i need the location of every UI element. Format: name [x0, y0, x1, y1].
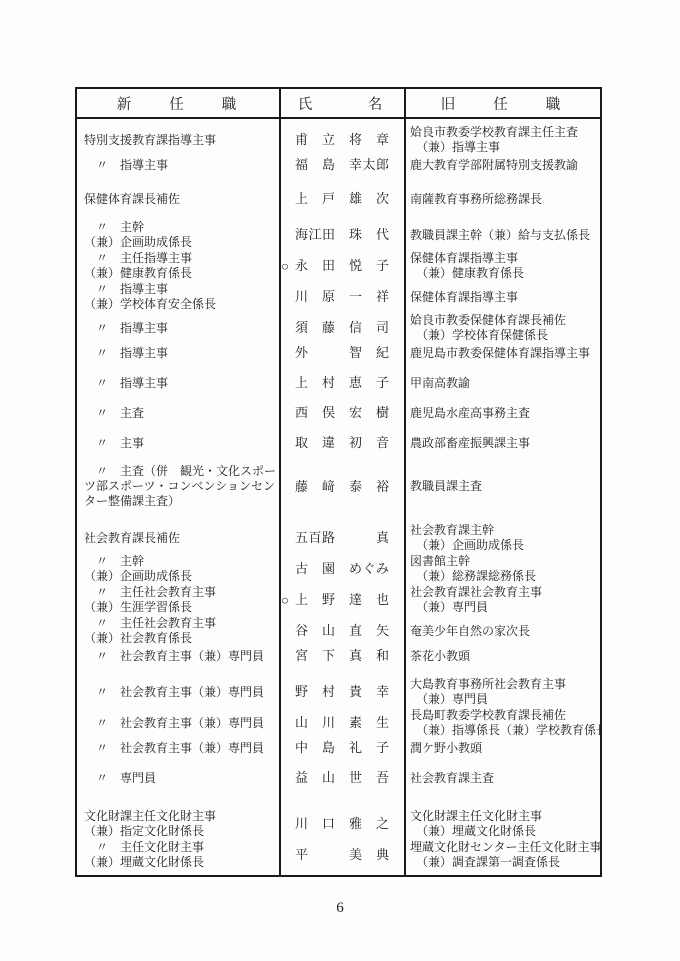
table-row: 〃 社会教育主事（兼）専門員中 島 礼 子潤ケ野小教頭 — [77, 739, 600, 757]
name-cell: 山 川 素 生 — [279, 714, 404, 732]
name-cell: 取 違 初 音 — [279, 434, 404, 452]
name-cell: 須 藤 信 司 — [279, 319, 404, 337]
table-row: 特別支援教育課指導主事甫 立 将 章姶良市教委学校教育課主任主査 （兼）指導主事 — [77, 125, 600, 155]
table-row: 〃 専門員益 山 世 吾社会教育課主査 — [77, 769, 600, 787]
name-cell: ○永 田 悦 子 — [279, 257, 404, 275]
table-row: 〃 社会教育主事（兼）専門員山 川 素 生長島町教委学校教育課長補佐 （兼）指導… — [77, 708, 600, 738]
old-position-text: 保健体育課指導主事 — [410, 251, 600, 266]
person-name: 上 野 達 也 — [295, 592, 390, 607]
old-position-text: 鹿大教育学部附属特別支援教諭 — [410, 158, 600, 173]
new-position-text: （兼）健康教育係長 — [84, 266, 277, 281]
new-position-cell: 〃 指導主事 — [77, 321, 279, 336]
old-position-text: （兼）専門員 — [410, 600, 600, 615]
old-position-cell: 教職員課主幹（兼）給与支払係長 — [404, 228, 600, 243]
new-position-text: 〃 指導主事 — [84, 376, 277, 391]
table-row: 〃 主幹（兼）企画助成係長古 園 めぐみ図書館主幹 （兼）総務課総務係長 — [77, 554, 600, 584]
new-position-text: 〃 社会教育主事（兼）専門員 — [84, 716, 277, 731]
circle-marker: ○ — [281, 594, 289, 607]
table-header-row: 新 任 職 氏 名 旧 任 職 — [77, 89, 600, 119]
new-position-text: 社会教育課長補佐 — [84, 531, 277, 546]
table-section: 文化財課主任文化財主事（兼）指定文化財係長川 口 雅 之文化財課主任文化財主事 … — [77, 809, 600, 870]
new-position-cell: 〃 社会教育主事（兼）専門員 — [77, 685, 279, 700]
table-row: 社会教育課長補佐五百路 真社会教育課主幹 （兼）企画助成係長 — [77, 523, 600, 553]
name-cell: 中 島 礼 子 — [279, 739, 404, 757]
new-position-text: 特別支援教育課指導主事 — [84, 133, 277, 148]
personnel-transfer-table: 新 任 職 氏 名 旧 任 職 特別支援教育課指導主事甫 立 将 章姶良市教委学… — [75, 87, 602, 877]
scanned-document-page: 新 任 職 氏 名 旧 任 職 特別支援教育課指導主事甫 立 将 章姶良市教委学… — [0, 0, 680, 961]
old-position-cell: 保健体育課指導主事 （兼）健康教育係長 — [404, 251, 600, 281]
new-position-text: 〃 社会教育主事（兼）専門員 — [84, 649, 277, 664]
new-position-cell: 社会教育課長補佐 — [77, 531, 279, 546]
new-position-text: 保健体育課長補佐 — [84, 192, 277, 207]
circle-marker: ○ — [281, 260, 289, 273]
new-position-text: （兼）企画助成係長 — [84, 235, 277, 250]
table-section: 保健体育課長補佐上 戸 雄 次南薩教育事務所総務課長 〃 主幹（兼）企画助成係長… — [77, 190, 600, 509]
person-name: 川 口 雅 之 — [295, 816, 390, 831]
new-position-cell: 特別支援教育課指導主事 — [77, 133, 279, 148]
person-name: 西 俣 宏 樹 — [295, 405, 390, 420]
new-position-cell: 〃 主幹（兼）企画助成係長 — [77, 220, 279, 250]
name-cell: 上 村 恵 子 — [279, 374, 404, 392]
table-row: 〃 主事取 違 初 音農政部畜産振興課主事 — [77, 434, 600, 452]
table-row: 保健体育課長補佐上 戸 雄 次南薩教育事務所総務課長 — [77, 190, 600, 208]
old-position-cell: 大島教育事務所社会教育主事 （兼）専門員 — [404, 677, 600, 707]
new-position-cell: 〃 主事 — [77, 436, 279, 451]
new-position-text: （兼）埋蔵文化財係長 — [84, 855, 277, 870]
new-position-text: ター整備課主査） — [84, 494, 277, 509]
table-row: 〃 指導主事（兼）学校体育安全係長川 原 一 祥保健体育課指導主事 — [77, 282, 600, 312]
old-position-cell: 甲南高教諭 — [404, 376, 600, 391]
table-row: 〃 主査（併 観光・文化スポーツ部スポーツ・コンベンションセンター整備課主査）藤… — [77, 464, 600, 509]
new-position-text: 文化財課主任文化財主事 — [84, 809, 277, 824]
table-row: 〃 指導主事須 藤 信 司姶良市教委保健体育課長補佐 （兼）学校体育保健係長 — [77, 313, 600, 343]
person-name: 平 美 典 — [295, 847, 390, 862]
new-position-text: （兼）社会教育係長 — [84, 631, 277, 646]
old-position-text: （兼）指導主事 — [410, 140, 600, 155]
new-position-text: 〃 指導主事 — [84, 321, 277, 336]
person-name: 古 園 めぐみ — [295, 561, 390, 576]
old-position-text: 大島教育事務所社会教育主事 — [410, 677, 600, 692]
new-position-cell: 〃 社会教育主事（兼）専門員 — [77, 741, 279, 756]
old-position-text: 社会教育課主幹 — [410, 523, 600, 538]
old-position-text: 甲南高教諭 — [410, 376, 600, 391]
old-position-text: （兼）埋蔵文化財係長 — [410, 824, 600, 839]
new-position-text: ツ部スポーツ・コンベンションセン — [84, 479, 277, 494]
new-position-text: 〃 主任指導主事 — [84, 251, 277, 266]
name-cell: 上 戸 雄 次 — [279, 190, 404, 208]
new-position-text: 〃 指導主事 — [84, 158, 277, 173]
new-position-text: 〃 主任社会教育主事 — [84, 616, 277, 631]
old-position-text: 図書館主幹 — [410, 554, 600, 569]
name-cell: 益 山 世 吾 — [279, 769, 404, 787]
old-position-cell: 農政部畜産振興課主事 — [404, 436, 600, 451]
name-cell: 海江田 珠 代 — [279, 226, 404, 244]
old-position-text: 姶良市教委学校教育課主任主査 — [410, 125, 600, 140]
old-position-text: （兼）企画助成係長 — [410, 538, 600, 553]
table-row: 〃 主任文化財主事（兼）埋蔵文化財係長平 美 典埋蔵文化財センター主任文化財主事… — [77, 840, 600, 870]
table-row: 〃 主査西 俣 宏 樹鹿児島水産高事務主査 — [77, 404, 600, 422]
new-position-text: 〃 主任文化財主事 — [84, 840, 277, 855]
person-name: 外 智 紀 — [295, 345, 390, 360]
new-position-text: （兼）学校体育安全係長 — [84, 297, 277, 312]
old-position-text: （兼）総務課総務係長 — [410, 569, 600, 584]
new-position-text: （兼）企画助成係長 — [84, 569, 277, 584]
new-position-text: 〃 主事 — [84, 436, 277, 451]
old-position-text: 教職員課主査 — [410, 479, 600, 494]
person-name: 野 村 貴 幸 — [295, 684, 390, 699]
new-position-text: 〃 指導主事 — [84, 346, 277, 361]
header-new-position: 新 任 職 — [77, 93, 279, 114]
old-position-text: （兼）調査課第一調査係長 — [410, 855, 600, 870]
new-position-cell: 〃 社会教育主事（兼）専門員 — [77, 649, 279, 664]
old-position-text: （兼）専門員 — [410, 692, 600, 707]
old-position-cell: 社会教育課社会教育主事 （兼）専門員 — [404, 585, 600, 615]
table-row: 〃 指導主事外 智 紀鹿児島市教委保健体育課指導主事 — [77, 344, 600, 362]
old-position-cell: 鹿大教育学部附属特別支援教諭 — [404, 158, 600, 173]
name-cell: 川 原 一 祥 — [279, 288, 404, 306]
new-position-text: 〃 社会教育主事（兼）専門員 — [84, 685, 277, 700]
person-name: 益 山 世 吾 — [295, 770, 390, 785]
header-old-position: 旧 任 職 — [404, 93, 600, 114]
new-position-text: （兼）指定文化財係長 — [84, 824, 277, 839]
person-name: 山 川 素 生 — [295, 715, 390, 730]
table-body: 特別支援教育課指導主事甫 立 将 章姶良市教委学校教育課主任主査 （兼）指導主事… — [77, 119, 600, 875]
new-position-text: 〃 主幹 — [84, 554, 277, 569]
old-position-text: 奄美少年自然の家次長 — [410, 624, 600, 639]
new-position-cell: 〃 社会教育主事（兼）専門員 — [77, 716, 279, 731]
new-position-text: 〃 主幹 — [84, 220, 277, 235]
table-row: 〃 指導主事上 村 恵 子甲南高教諭 — [77, 374, 600, 392]
new-position-text: 〃 主任社会教育主事 — [84, 585, 277, 600]
new-position-cell: 〃 主任社会教育主事（兼）生涯学習係長 — [77, 585, 279, 615]
old-position-text: 南薩教育事務所総務課長 — [410, 192, 600, 207]
table-section: 特別支援教育課指導主事甫 立 将 章姶良市教委学校教育課主任主査 （兼）指導主事… — [77, 125, 600, 174]
person-name: 福 島 幸太郎 — [295, 157, 390, 172]
page-number: 6 — [0, 900, 680, 917]
old-position-cell: 奄美少年自然の家次長 — [404, 624, 600, 639]
table-row: 〃 社会教育主事（兼）専門員宮 下 真 和茶花小教頭 — [77, 647, 600, 665]
new-position-cell: 〃 主査 — [77, 406, 279, 421]
name-cell: 西 俣 宏 樹 — [279, 404, 404, 422]
new-position-cell: 〃 指導主事 — [77, 376, 279, 391]
old-position-text: 長島町教委学校教育課長補佐 — [410, 708, 600, 723]
table-row: 〃 主任社会教育主事（兼）生涯学習係長○上 野 達 也社会教育課社会教育主事 （… — [77, 585, 600, 615]
old-position-cell: 茶花小教頭 — [404, 649, 600, 664]
old-position-cell: 姶良市教委保健体育課長補佐 （兼）学校体育保健係長 — [404, 313, 600, 343]
name-cell: 宮 下 真 和 — [279, 647, 404, 665]
header-name: 氏 名 — [279, 93, 404, 114]
table-row: 〃 主幹（兼）企画助成係長海江田 珠 代教職員課主幹（兼）給与支払係長 — [77, 220, 600, 250]
table-row: 〃 主任指導主事（兼）健康教育係長○永 田 悦 子保健体育課指導主事 （兼）健康… — [77, 251, 600, 281]
new-position-text: 〃 専門員 — [84, 771, 277, 786]
old-position-cell: 社会教育課主査 — [404, 771, 600, 786]
new-position-text: （兼）生涯学習係長 — [84, 600, 277, 615]
person-name: 宮 下 真 和 — [295, 648, 390, 663]
person-name: 谷 山 直 矢 — [295, 623, 390, 638]
new-position-cell: 〃 主任指導主事（兼）健康教育係長 — [77, 251, 279, 281]
person-name: 須 藤 信 司 — [295, 320, 390, 335]
old-position-text: 茶花小教頭 — [410, 649, 600, 664]
old-position-cell: 保健体育課指導主事 — [404, 290, 600, 305]
name-cell: ○上 野 達 也 — [279, 591, 404, 609]
new-position-cell: 文化財課主任文化財主事（兼）指定文化財係長 — [77, 809, 279, 839]
new-position-cell: 保健体育課長補佐 — [77, 192, 279, 207]
name-cell: 福 島 幸太郎 — [279, 156, 404, 174]
old-position-text: 鹿児島市教委保健体育課指導主事 — [410, 346, 600, 361]
old-position-text: 鹿児島水産高事務主査 — [410, 406, 600, 421]
old-position-cell: 南薩教育事務所総務課長 — [404, 192, 600, 207]
old-position-cell: 鹿児島市教委保健体育課指導主事 — [404, 346, 600, 361]
name-cell: 五百路 真 — [279, 529, 404, 547]
old-position-text: 社会教育課社会教育主事 — [410, 585, 600, 600]
table-row: 文化財課主任文化財主事（兼）指定文化財係長川 口 雅 之文化財課主任文化財主事 … — [77, 809, 600, 839]
person-name: 五百路 真 — [295, 530, 390, 545]
new-position-cell: 〃 主任文化財主事（兼）埋蔵文化財係長 — [77, 840, 279, 870]
old-position-text: （兼）指導係長（兼）学校教育係長 — [410, 723, 600, 738]
column-divider — [404, 89, 406, 875]
table-row: 〃 主任社会教育主事（兼）社会教育係長谷 山 直 矢奄美少年自然の家次長 — [77, 616, 600, 646]
old-position-text: 潤ケ野小教頭 — [410, 741, 600, 756]
new-position-cell: 〃 専門員 — [77, 771, 279, 786]
new-position-cell: 〃 指導主事 — [77, 346, 279, 361]
table-row: 〃 社会教育主事（兼）専門員野 村 貴 幸大島教育事務所社会教育主事 （兼）専門… — [77, 677, 600, 707]
old-position-text: 姶良市教委保健体育課長補佐 — [410, 313, 600, 328]
person-name: 永 田 悦 子 — [295, 258, 390, 273]
person-name: 上 村 恵 子 — [295, 375, 390, 390]
name-cell: 藤 﨑 泰 裕 — [279, 478, 404, 496]
person-name: 中 島 礼 子 — [295, 740, 390, 755]
new-position-cell: 〃 主幹（兼）企画助成係長 — [77, 554, 279, 584]
name-cell: 外 智 紀 — [279, 344, 404, 362]
old-position-cell: 鹿児島水産高事務主査 — [404, 406, 600, 421]
name-cell: 甫 立 将 章 — [279, 131, 404, 149]
name-cell: 平 美 典 — [279, 846, 404, 864]
old-position-text: 保健体育課指導主事 — [410, 290, 600, 305]
person-name: 海江田 珠 代 — [295, 227, 390, 242]
name-cell: 谷 山 直 矢 — [279, 622, 404, 640]
old-position-text: 農政部畜産振興課主事 — [410, 436, 600, 451]
old-position-text: （兼）学校体育保健係長 — [410, 328, 600, 343]
new-position-cell: 〃 主査（併 観光・文化スポーツ部スポーツ・コンベンションセンター整備課主査） — [77, 464, 279, 509]
new-position-cell: 〃 指導主事（兼）学校体育安全係長 — [77, 282, 279, 312]
person-name: 甫 立 将 章 — [295, 132, 390, 147]
name-cell: 川 口 雅 之 — [279, 815, 404, 833]
person-name: 取 違 初 音 — [295, 435, 390, 450]
old-position-cell: 潤ケ野小教頭 — [404, 741, 600, 756]
new-position-text: 〃 主査（併 観光・文化スポー — [84, 464, 277, 479]
table-row: 〃 指導主事福 島 幸太郎鹿大教育学部附属特別支援教諭 — [77, 156, 600, 174]
new-position-text: 〃 主査 — [84, 406, 277, 421]
name-cell: 古 園 めぐみ — [279, 560, 404, 578]
old-position-cell: 埋蔵文化財センター主任文化財主事 （兼）調査課第一調査係長 — [404, 840, 600, 870]
person-name: 川 原 一 祥 — [295, 289, 390, 304]
new-position-cell: 〃 指導主事 — [77, 158, 279, 173]
old-position-text: 文化財課主任文化財主事 — [410, 809, 600, 824]
name-cell: 野 村 貴 幸 — [279, 683, 404, 701]
old-position-cell: 教職員課主査 — [404, 479, 600, 494]
new-position-text: 〃 指導主事 — [84, 282, 277, 297]
person-name: 上 戸 雄 次 — [295, 191, 390, 206]
old-position-text: 埋蔵文化財センター主任文化財主事 — [410, 840, 600, 855]
old-position-cell: 姶良市教委学校教育課主任主査 （兼）指導主事 — [404, 125, 600, 155]
old-position-text: 社会教育課主査 — [410, 771, 600, 786]
new-position-text: 〃 社会教育主事（兼）専門員 — [84, 741, 277, 756]
old-position-cell: 長島町教委学校教育課長補佐 （兼）指導係長（兼）学校教育係長 — [404, 708, 600, 738]
old-position-cell: 図書館主幹 （兼）総務課総務係長 — [404, 554, 600, 584]
old-position-text: 教職員課主幹（兼）給与支払係長 — [410, 228, 600, 243]
old-position-cell: 社会教育課主幹 （兼）企画助成係長 — [404, 523, 600, 553]
old-position-cell: 文化財課主任文化財主事 （兼）埋蔵文化財係長 — [404, 809, 600, 839]
old-position-text: （兼）健康教育係長 — [410, 266, 600, 281]
person-name: 藤 﨑 泰 裕 — [295, 479, 390, 494]
new-position-cell: 〃 主任社会教育主事（兼）社会教育係長 — [77, 616, 279, 646]
table-section: 社会教育課長補佐五百路 真社会教育課主幹 （兼）企画助成係長 〃 主幹（兼）企画… — [77, 523, 600, 787]
